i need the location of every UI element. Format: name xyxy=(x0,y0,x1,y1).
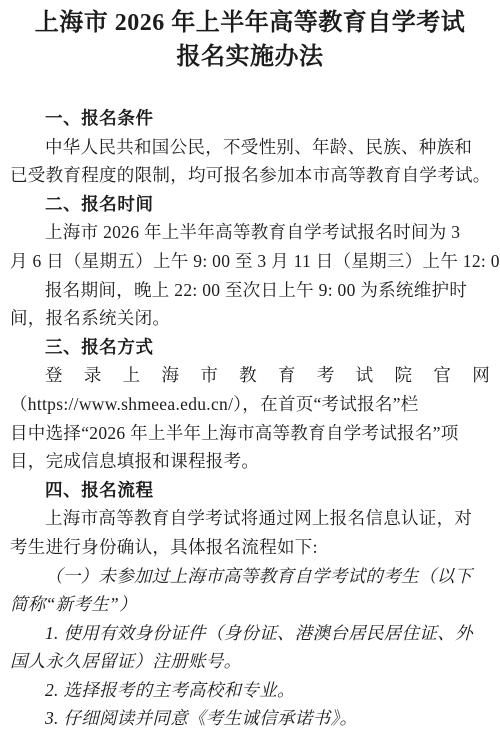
subsection-heading-new-examinees: （一）未参加过上海市高等教育自学考试的考生（以下 xyxy=(10,562,490,591)
step-3-line: 3. 仔细阅读并同意《考生诚信承诺书》。 xyxy=(10,704,490,733)
paragraph-line-website-url: （https://www.shmeea.edu.cn/），在首页“考试报名”栏 xyxy=(10,390,490,419)
paragraph-line: 登录上海市教育考试院官网 xyxy=(10,361,490,390)
section-heading-registration-method: 三、报名方式 xyxy=(10,333,490,362)
section-heading-registration-time: 二、报名时间 xyxy=(10,190,490,219)
paragraph-line: 中华人民共和国公民，不受性别、年龄、民族、种族和 xyxy=(10,133,490,162)
paragraph-line: 间，报名系统关闭。 xyxy=(10,304,490,333)
document-body: 一、报名条件 中华人民共和国公民，不受性别、年龄、民族、种族和 已受教育程度的限… xyxy=(10,104,490,733)
paragraph-line: 考生进行身份确认，具体报名流程如下: xyxy=(10,533,490,562)
subsection-heading-new-examinees-cont: 简称“新考生”） xyxy=(10,590,490,619)
document-page: 上海市 2026 年上半年高等教育自学考试 报名实施办法 一、报名条件 中华人民… xyxy=(0,0,500,742)
step-1-line-cont: 国人永久居留证）注册账号。 xyxy=(10,647,490,676)
paragraph-line: 目，完成信息填报和课程报考。 xyxy=(10,447,490,476)
paragraph-line: 上海市高等教育自学考试将通过网上报名信息认证，对 xyxy=(10,504,490,533)
section-heading-registration-process: 四、报名流程 xyxy=(10,476,490,505)
paragraph-line: 已受教育程度的限制，均可报名参加本市高等教育自学考试。 xyxy=(10,161,490,190)
section-heading-registration-conditions: 一、报名条件 xyxy=(10,104,490,133)
document-title: 上海市 2026 年上半年高等教育自学考试 报名实施办法 xyxy=(10,6,490,74)
document-title-line-2: 报名实施办法 xyxy=(10,40,490,74)
document-title-line-1: 上海市 2026 年上半年高等教育自学考试 xyxy=(10,6,490,40)
paragraph-line: 报名期间，晚上 22: 00 至次日上午 9: 00 为系统维护时 xyxy=(10,276,490,305)
paragraph-line: 月 6 日（星期五）上午 9: 00 至 3 月 11 日（星期三）上午 12:… xyxy=(10,247,490,276)
step-2-line: 2. 选择报考的主考高校和专业。 xyxy=(10,676,490,705)
paragraph-line: 目中选择“2026 年上半年上海市高等教育自学考试报名”项 xyxy=(10,419,490,448)
step-1-line: 1. 使用有效身份证件（身份证、港澳台居民居住证、外 xyxy=(10,619,490,648)
paragraph-line: 上海市 2026 年上半年高等教育自学考试报名时间为 3 xyxy=(10,218,490,247)
